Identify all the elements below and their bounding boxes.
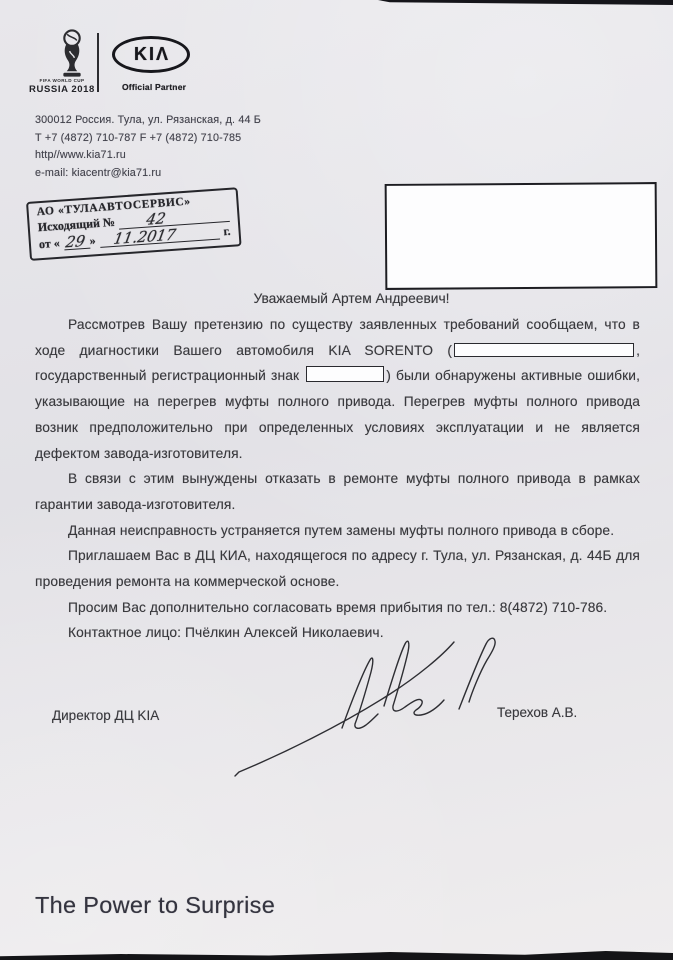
fifa-world-cup-trophy-icon (52, 29, 92, 79)
stamp-day-line: 29 (63, 234, 90, 251)
handwritten-day: 29 (64, 232, 86, 252)
official-partner-label: Official Partner (122, 82, 186, 92)
redacted-recipient-box (385, 182, 658, 290)
stamp-date-label: от « (38, 236, 60, 252)
letterhead-contact-block: 300012 Россия. Тула, ул. Рязанская, д. 4… (35, 112, 261, 182)
photo-edge-top (378, 0, 673, 5)
handwritten-signature (222, 630, 512, 780)
stamp-year-suffix: г. (223, 224, 231, 239)
phone-line: Т +7 (4872) 710-787 F +7 (4872) 710-785 (35, 130, 261, 148)
body-paragraph-5: Просим Вас дополнительно согласовать вре… (35, 595, 640, 621)
logo-divider (97, 33, 99, 92)
signatory-name: Терехов А.В. (497, 705, 577, 720)
address-line: 300012 Россия. Тула, ул. Рязанская, д. 4… (35, 112, 261, 130)
email-line: e-mail: kiacentr@kia71.ru (35, 165, 261, 183)
body-paragraph-1: Рассмотрев Вашу претензию по существу за… (35, 312, 640, 466)
greeting-line: Уважаемый Артем Андреевич! (35, 291, 640, 306)
redacted-vin-box (454, 343, 634, 357)
photo-edge-bottom (0, 950, 673, 960)
handwritten-month-year: 11.2017 (112, 226, 177, 249)
body-paragraph-3: Данная неисправность устраняется путем з… (35, 518, 640, 544)
signatory-title: Директор ДЦ KIA (52, 708, 159, 723)
russia-2018-label: RUSSIA 2018 (24, 84, 100, 95)
outgoing-stamp: АО «ТУЛААВТОСЕРВИС» Исходящий № 42 от « … (26, 187, 242, 261)
kia-slogan: The Power to Surprise (35, 892, 275, 919)
redacted-plate-box (306, 366, 384, 382)
kia-logo-text: KIΛ (132, 44, 170, 65)
website-line: http//www.kia71.ru (35, 147, 261, 165)
body-paragraph-4: Приглашаем Вас в ДЦ КИА, находящегося по… (35, 543, 640, 594)
letter-body: Рассмотрев Вашу претензию по существу за… (35, 312, 640, 646)
body-paragraph-2: В связи с этим вынуждены отказать в ремо… (35, 466, 640, 517)
stamp-date-close-quote: » (89, 233, 96, 248)
fifa-world-cup-label: FIFA WORLD CUP (26, 78, 98, 83)
kia-logo: KIΛ (112, 36, 190, 73)
